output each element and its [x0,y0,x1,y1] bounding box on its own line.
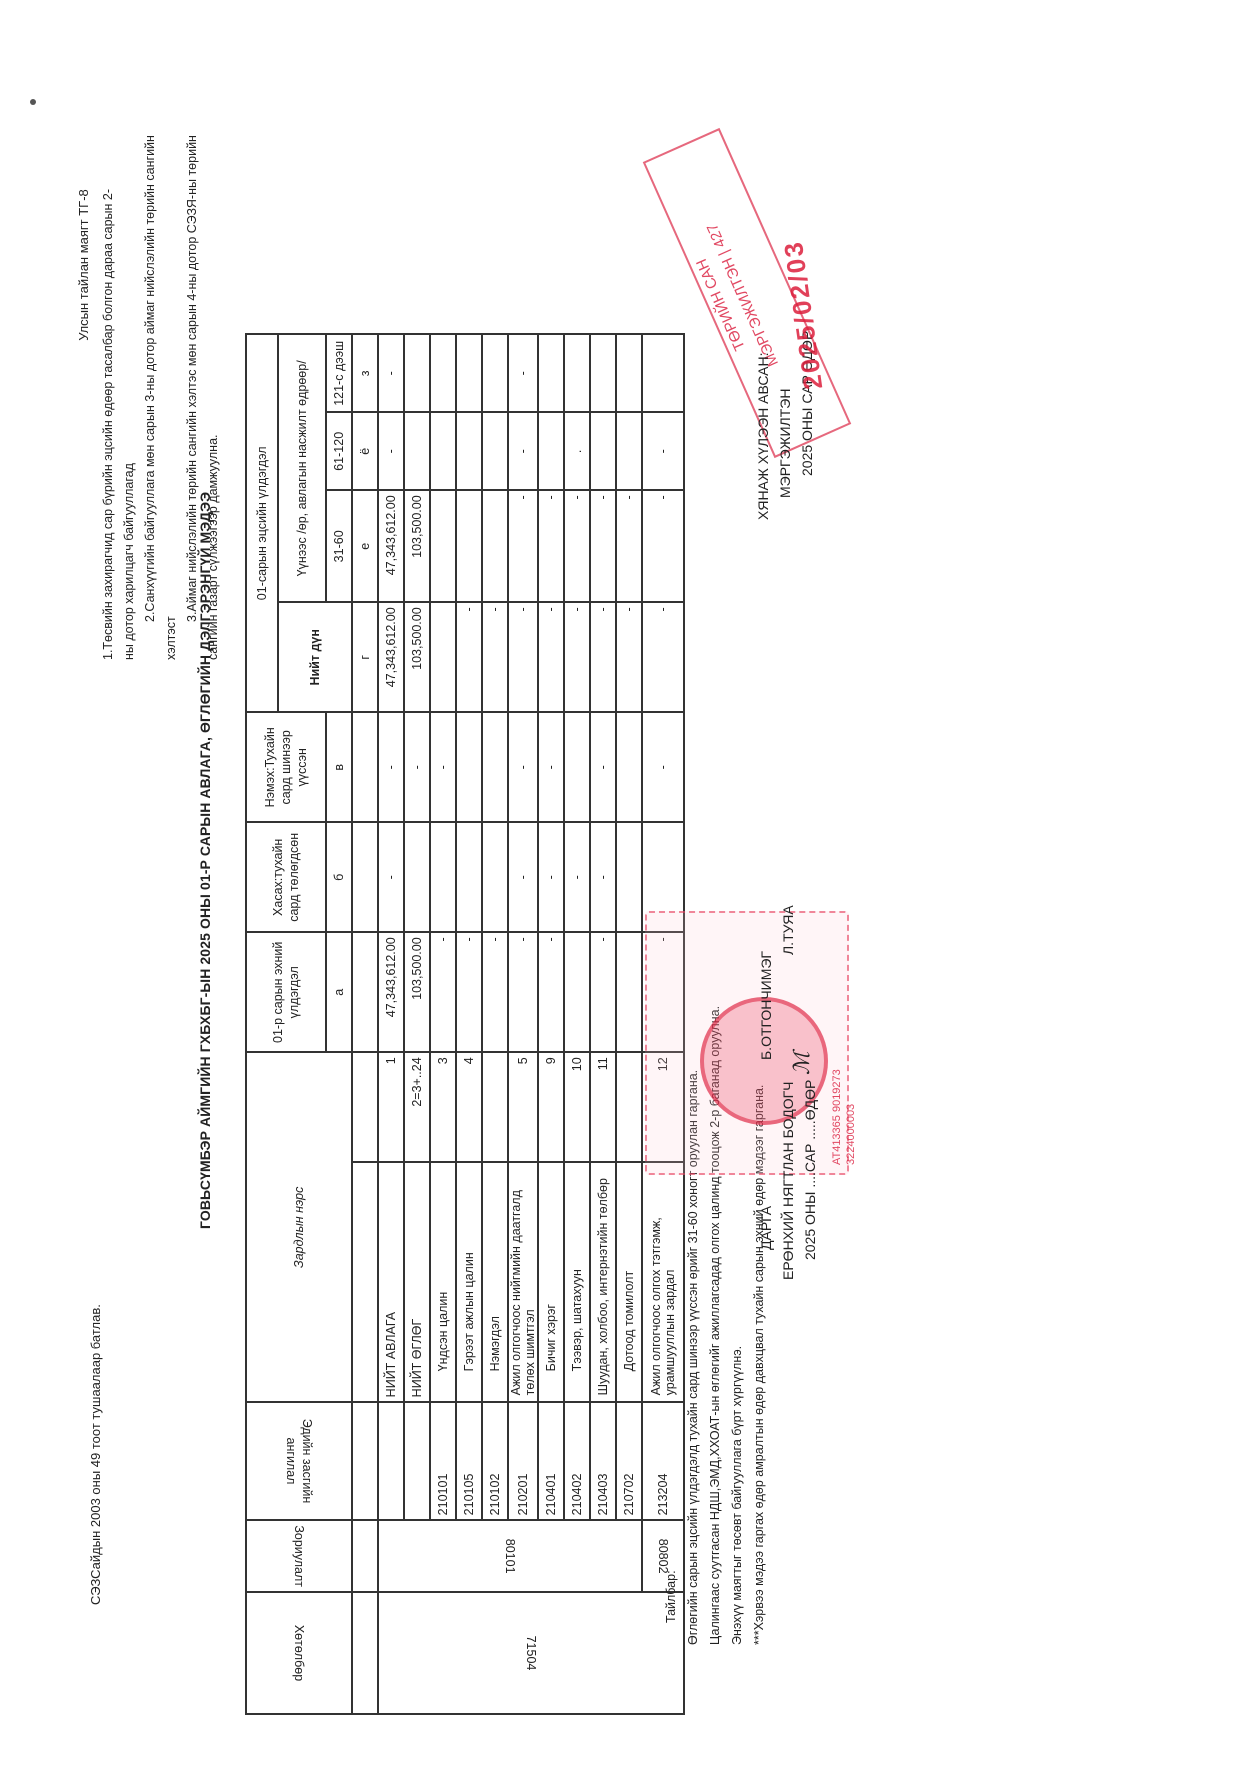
opening-balance: - [456,932,482,1052]
approval-line: СЭЗСайдын 2003 оны 49 тоот тушаалаар бат… [88,1304,103,1605]
received-by-label: ХЯНАЖ ХҮЛЭЭН АВСАН: [752,331,774,520]
letter-g: г [352,602,378,712]
econ-code: 210102 [482,1402,508,1520]
name-chief-accountant: Л.ТУЯА [777,905,799,955]
plus-new [616,712,642,822]
expense-name: Үндсэн цалин [430,1162,456,1402]
econ-code: 210201 [508,1402,538,1520]
aging-31-60: - [616,490,642,602]
document-page: СЭЗСайдын 2003 оны 49 тоот тушаалаар бат… [0,0,1240,1765]
aging-121-plus [616,334,642,412]
minus-paid: - [378,822,404,932]
aging-61-120: . [564,412,590,490]
aging-31-60 [456,490,482,602]
expense-name: Шуудан, холбоо, интернэтийн төлбөр [590,1162,616,1402]
line-number: 10 [564,1052,590,1162]
header-minus-paid: Хасах:тухайн сард төлөгдсөн [246,822,326,932]
end-total: 103,500.00 [404,602,430,712]
opening-balance: - [508,932,538,1052]
name-director: Б.ОТГОНЧИМЭГ [755,951,777,1060]
aging-121-plus: - [378,334,404,412]
aging-31-60: - [642,490,684,602]
scan-artifact [30,99,36,105]
role-director: ДАРГА [755,1080,777,1280]
minus-paid [616,822,642,932]
letter-yo: ё [352,412,378,490]
econ-code: 210105 [456,1402,482,1520]
aging-61-120 [404,412,430,490]
column-letter-row: г е ё з [352,334,378,1714]
opening-balance: - [430,932,456,1052]
minus-paid: - [508,822,538,932]
aging-121-plus [456,334,482,412]
aging-31-60: - [538,490,564,602]
instruction-line: 1.Төсвийн захирагчид сар бүрийн эцсийн ө… [98,100,119,660]
econ-code: 210101 [430,1402,456,1520]
end-total: - [456,602,482,712]
table-row: 210401Бичиг хэрэг9----- [538,334,564,1714]
plus-new: - [538,712,564,822]
expense-name: Гэрээт ажлын цалин [456,1162,482,1402]
instruction-line: ны дотор харилцагч байгууллагад [119,100,140,660]
expense-name: НИЙТ АВЛАГА [378,1162,404,1402]
minus-paid [430,822,456,932]
plus-new [564,712,590,822]
line-number: 4 [456,1052,482,1162]
aging-121-plus [538,334,564,412]
plus-new: - [590,712,616,822]
instruction-line: 2.Санхүүгийн байгууллага мөн сарын 3-ны … [140,100,161,660]
specialist-label: МЭРГЭЖИЛТЭН [774,331,796,520]
header-aging: Үүнээс /өр, авлагын насжилт өдрөөр/ [278,334,326,602]
letter-a: а [326,932,352,1052]
aging-61-120 [456,412,482,490]
role-chief-accountant: ЕРӨНХИЙ НЯГТЛАН БОДОГЧ [777,1080,799,1280]
aging-31-60 [430,490,456,602]
plus-new: - [378,712,404,822]
line-number: 3 [430,1052,456,1162]
document-title: ГОВЬСҮМБЭР АЙМГИЙН ГХБХБГ-ЫН 2025 ОНЫ 01… [197,29,213,1605]
aging-121-plus [482,334,508,412]
purpose-code: 80101 [378,1520,642,1592]
end-total: 47,343,612.00 [378,602,404,712]
aging-61-120 [430,412,456,490]
opening-balance: - [590,932,616,1052]
aging-61-120: - [378,412,404,490]
header-total: Нийт дүн [278,602,352,712]
minus-paid [404,822,430,932]
table-row: 210102Нэмэгдэл-- [482,334,508,1714]
plus-new: - [642,712,684,822]
letter-z: з [352,334,378,412]
aging-121-plus [590,334,616,412]
letter-b: б [326,822,352,932]
aging-121-plus: - [508,334,538,412]
aging-61-120 [616,412,642,490]
opening-balance [564,932,590,1052]
line-number: 5 [508,1052,538,1162]
handwritten-signature: ℳ [790,1051,815,1075]
header-end-balance: 01-сарын эцсийн үлдэгдэл [246,334,278,712]
opening-balance: 47,343,612.00 [378,932,404,1052]
aging-121-plus [642,334,684,412]
header-opening-balance: 01-р сарын эхний үлдэгдэл [246,932,326,1052]
plus-new [482,712,508,822]
minus-paid [456,822,482,932]
plus-new [456,712,482,822]
header-aging-61-120: 61-120 [326,412,352,490]
form-name: Улсын тайлан маягт ТГ-8 [76,115,91,415]
line-number: 2=3+..24 [404,1052,430,1162]
aging-121-plus [404,334,430,412]
aging-31-60 [482,490,508,602]
aging-61-120 [538,412,564,490]
table-row: НИЙТ ӨГЛӨГ2=3+..24103,500.00-103,500.001… [404,334,430,1714]
end-total [430,602,456,712]
plus-new: - [508,712,538,822]
econ-code [404,1402,430,1520]
opening-balance: 103,500.00 [404,932,430,1052]
econ-code: 210401 [538,1402,564,1520]
line-number [616,1052,642,1162]
aging-61-120 [482,412,508,490]
minus-paid [482,822,508,932]
aging-31-60: - [590,490,616,602]
line-number [482,1052,508,1162]
expense-name: Тээвэр, шатахуун [564,1162,590,1402]
table-row: 210702Дотоод томилолт-- [616,334,642,1714]
end-total: - [538,602,564,712]
table-row: 210105Гэрээт ажлын цалин4-- [456,334,482,1714]
stamp-registration: АТ413365 9019273 3224000003 [830,1069,858,1165]
end-total: - [590,602,616,712]
opening-balance: - [538,932,564,1052]
end-total: - [642,602,684,712]
aging-61-120: - [508,412,538,490]
econ-code: 210403 [590,1402,616,1520]
minus-paid: - [538,822,564,932]
aging-31-60: - [508,490,538,602]
header-purpose: Зориулалт [246,1520,352,1592]
instruction-line: хэлтэст [161,100,182,660]
header-econ-class: Эдийн засгийн ангилал [246,1402,352,1520]
aging-31-60: - [564,490,590,602]
econ-code [378,1402,404,1520]
opening-balance: - [482,932,508,1052]
econ-code: 210702 [616,1402,642,1520]
signatures-left: ДАРГА ЕРӨНХИЙ НЯГТЛАН БОДОГЧ 2025 ОНЫ ..… [755,1080,821,1280]
aging-61-120: - [642,412,684,490]
line-number: 9 [538,1052,564,1162]
program-code: 71504 [378,1592,684,1714]
minus-paid: - [564,822,590,932]
table-row: 210101Үндсэн цалин3-- [430,334,456,1714]
minus-paid: - [590,822,616,932]
aging-31-60: 47,343,612.00 [378,490,404,602]
expense-name: НИЙТ ӨГЛӨГ [404,1162,430,1402]
expense-name: Нэмэгдэл [482,1162,508,1402]
sign-date-line: 2025 ОНЫ ....САР .....ӨДӨР [799,1080,821,1280]
expense-name: Ажил олгогчоос нийгмийн даатгалд төлөх ш… [508,1162,538,1402]
aging-61-120 [590,412,616,490]
line-number: 1 [378,1052,404,1162]
letter-e: е [352,490,378,602]
table-row: 210402Тээвэр, шатахуун10---. [564,334,590,1714]
line-number: 11 [590,1052,616,1162]
receivables-payables-table: Хөтөлбөр Зориулалт Эдийн засгийн ангилал… [245,333,685,1715]
letter-v: в [326,712,352,822]
plus-new: - [430,712,456,822]
aging-121-plus [564,334,590,412]
header-aging-31-60: 31-60 [326,490,352,602]
aging-121-plus [430,334,456,412]
header-expense-name: Зардлын нэрс [246,1052,352,1402]
end-total: - [482,602,508,712]
aging-31-60: 103,500.00 [404,490,430,602]
expense-name: Бичиг хэрэг [538,1162,564,1402]
end-total: - [616,602,642,712]
header-aging-121-plus: 121-с дээш [326,334,352,412]
expense-name: Дотоод томилолт [616,1162,642,1402]
end-total: - [564,602,590,712]
opening-balance [616,932,642,1052]
table-row: 7150480101НИЙТ АВЛАГА147,343,612.00--47,… [378,334,404,1714]
table-row: 210201Ажил олгогчоос нийгмийн даатгалд т… [508,334,538,1714]
end-total: - [508,602,538,712]
plus-new: - [404,712,430,822]
header-program: Хөтөлбөр [246,1592,352,1714]
table-row: 210403Шуудан, холбоо, интернэтийн төлбөр… [590,334,616,1714]
econ-code: 210402 [564,1402,590,1520]
header-plus-new: Нэмэх:Тухайн сард шинээр үүссэн [246,712,326,822]
